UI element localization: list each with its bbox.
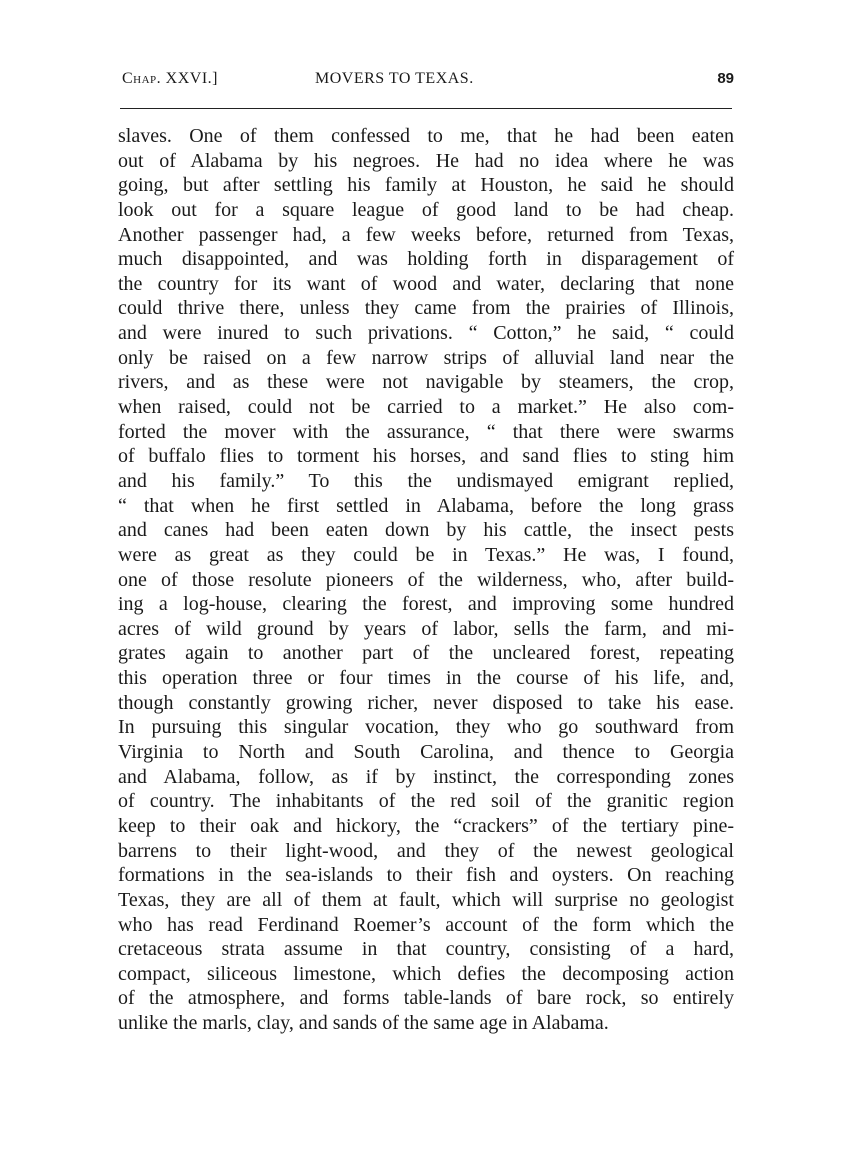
text-line: could thrive there, unless they came fro… <box>118 296 734 321</box>
text-line: going, but after settling his family at … <box>118 173 734 198</box>
text-line-final: unlike the marls, clay, and sands of the… <box>118 1011 734 1036</box>
text-line: and were inured to such privations. “ Co… <box>118 321 734 346</box>
running-title: MOVERS TO TEXAS. <box>315 70 474 88</box>
text-line: forted the mover with the assurance, “ t… <box>118 420 734 445</box>
text-line: cretaceous strata assume in that country… <box>118 937 734 962</box>
text-line: barrens to their light-wood, and they of… <box>118 839 734 864</box>
text-line: of buffalo flies to torment his horses, … <box>118 444 734 469</box>
text-line: one of those resolute pioneers of the wi… <box>118 568 734 593</box>
text-line: who has read Ferdinand Roemer’s account … <box>118 913 734 938</box>
text-line: of country. The inhabitants of the red s… <box>118 789 734 814</box>
text-line: the country for its want of wood and wat… <box>118 272 734 297</box>
text-line: out of Alabama by his negroes. He had no… <box>118 149 734 174</box>
text-line: only be raised on a few narrow strips of… <box>118 346 734 371</box>
text-line: though constantly growing richer, never … <box>118 691 734 716</box>
text-line: rivers, and as these were not navigable … <box>118 370 734 395</box>
text-line: In pursuing this singular vocation, they… <box>118 715 734 740</box>
text-line: much disappointed, and was holding forth… <box>118 247 734 272</box>
text-line: formations in the sea-islands to their f… <box>118 863 734 888</box>
text-line: look out for a square league of good lan… <box>118 198 734 223</box>
text-line: when raised, could not be carried to a m… <box>118 395 734 420</box>
header-rule <box>120 108 732 109</box>
text-line: acres of wild ground by years of labor, … <box>118 617 734 642</box>
text-line: Virginia to North and South Carolina, an… <box>118 740 734 765</box>
text-line: and canes had been eaten down by his cat… <box>118 518 734 543</box>
body-paragraph: slaves. One of them confessed to me, tha… <box>118 124 734 1036</box>
text-line: slaves. One of them confessed to me, tha… <box>118 124 734 149</box>
text-line: this operation three or four times in th… <box>118 666 734 691</box>
text-line: Texas, they are all of them at fault, wh… <box>118 888 734 913</box>
text-line: keep to their oak and hickory, the “crac… <box>118 814 734 839</box>
text-line: “ that when he first settled in Alabama,… <box>118 494 734 519</box>
chapter-label: Chap. XXVI.] <box>122 70 218 88</box>
text-line: and Alabama, follow, as if by instinct, … <box>118 765 734 790</box>
text-line: were as great as they could be in Texas.… <box>118 543 734 568</box>
text-line: of the atmosphere, and forms table-lands… <box>118 986 734 1011</box>
text-line: and his family.” To this the undismayed … <box>118 469 734 494</box>
text-line: ing a log-house, clearing the forest, an… <box>118 592 734 617</box>
text-line: Another passenger had, a few weeks befor… <box>118 223 734 248</box>
text-line: grates again to another part of the uncl… <box>118 641 734 666</box>
running-header: Chap. XXVI.] MOVERS TO TEXAS. 89 <box>118 70 734 94</box>
text-line: compact, siliceous limestone, which defi… <box>118 962 734 987</box>
page-number: 89 <box>717 70 734 87</box>
